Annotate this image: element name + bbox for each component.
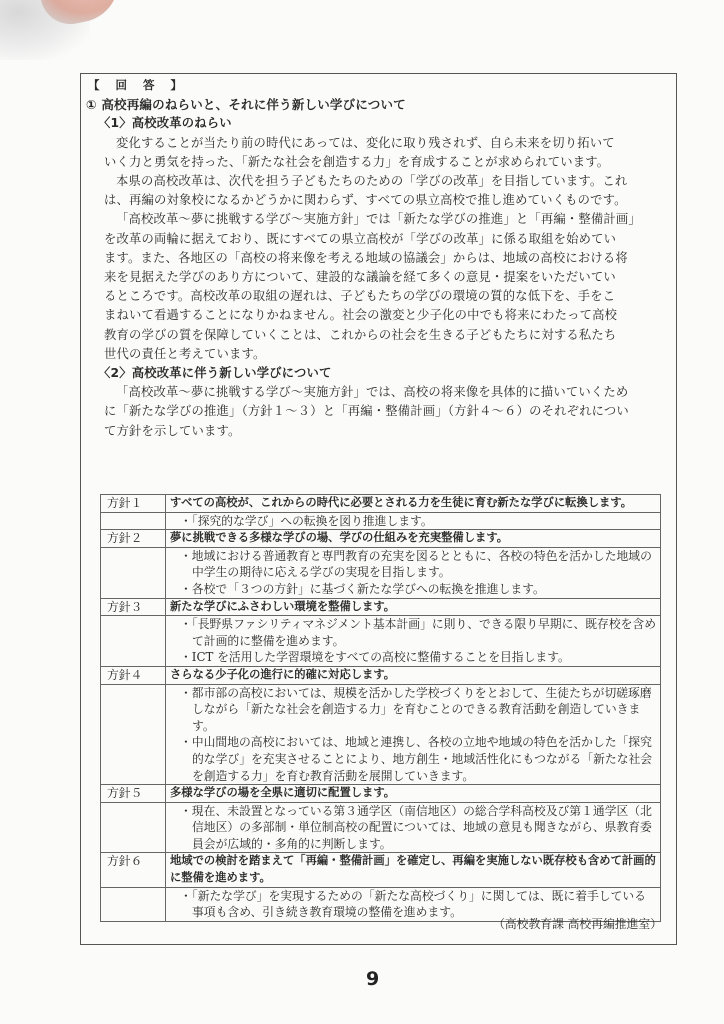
policy-row-5: 方針５ 多様な学びの場を全県に適切に配置します。 [101,785,661,803]
body-line: 変化することが当たり前の時代にあっては、変化に取り残されず、自ら未来を切り拓いて [104,134,671,153]
source-attribution: （高校教育課 高校再編推進室） [493,915,662,932]
policy-label: 方針３ [101,598,166,616]
policy-bullet: ・中山間地の高校においては、地域と連携し、各校の立地や地域の特色を活かした「探究… [170,734,656,784]
subsection-2-body: 「高校改革～夢に挑戦する学び～実施方針」では、高校の将来像を具体的に描いていくた… [86,383,671,441]
policy-row-1: 方針１ すべての高校が、これからの時代に必要とされる力を生徒に育む新たな学びに転… [101,495,661,513]
policy-table: 方針１ すべての高校が、これからの時代に必要とされる力を生徒に育む新たな学びに転… [100,494,661,922]
policy-bullet: ・「探究的な学び」への転換を図り推進します。 [170,513,656,530]
policy-row-4: 方針４ さらなる少子化の進行に的確に対応します。 [101,666,661,684]
body-line: るところです。高校改革の取組の遅れは、子どもたちの学びの環境の質的な低下を、手を… [104,287,671,306]
body-line: に「新たな学びの推進」（方針１～３）と「再編・整備計画」（方針４～６）のそれぞれ… [104,402,671,421]
body-line: 世代の責任と考えています。 [104,345,671,364]
body-line: 「高校改革～夢に挑戦する学び～実施方針」では、高校の将来像を具体的に描いていくた… [104,383,671,402]
policy-details: ・都市部の高校においては、規模を活かした学校づくりをとおして、生徒たちが切磋琢磨… [166,684,661,785]
policy-details: ・「長野県ファシリティマネジメント基本計画」に則り、できる限り早期に、既存校を含… [166,616,661,667]
policy-row-3: 方針３ 新たな学びにふさわしい環境を整備します。 [101,598,661,616]
subsection-2-title: 〈2〉高校改革に伴う新しい学びについて [86,364,671,383]
policy-title: 地域での検討を踏まえて「再編・整備計画」を確定し、再編を実施しない既存校も含めて… [166,853,661,887]
policy-bullet: ・現在、未設置となっている第３通学区（南信地区）の総合学科高校及び第１通学区（北… [170,803,656,853]
policy-title: さらなる少子化の進行に的確に対応します。 [166,666,661,684]
policy-detail-row-5: ・現在、未設置となっている第３通学区（南信地区）の総合学科高校及び第１通学区（北… [101,802,661,853]
subsection-1-title: 〈1〉高校改革のねらい [86,114,671,133]
body-line: 本県の高校改革は、次代を担う子どもたちのための「学びの改革」を目指しています。こ… [104,172,671,191]
subsection-1-body: 変化することが当たり前の時代にあっては、変化に取り残されず、自ら未来を切り拓いて… [86,134,671,364]
policy-details: ・現在、未設置となっている第３通学区（南信地区）の総合学科高校及び第１通学区（北… [166,802,661,853]
policy-label: 方針１ [101,495,166,513]
section-title: ① 高校再編のねらいと、それに伴う新しい学びについて [86,95,671,114]
policy-bullet: ・「長野県ファシリティマネジメント基本計画」に則り、できる限り早期に、既存校を含… [170,616,656,649]
policy-details: ・地域における普通教育と専門教育の充実を図るとともに、各校の特色を活かした地域の… [166,547,661,598]
body-line: いく力と勇気を持った、「新たな社会を創造する力」を育成することが求められています… [104,153,671,172]
policy-label: 方針５ [101,785,166,803]
body-line: は、再編の対象校になるかどうかに関わらず、すべての県立高校で推し進めていくもので… [104,191,671,210]
policy-title: 多様な学びの場を全県に適切に配置します。 [166,785,661,803]
policy-bullet: ・ICT を活用した学習環境をすべての高校に整備することを目指します。 [170,649,656,666]
policy-detail-row-1: ・「探究的な学び」への転換を図り推進します。 [101,512,661,530]
policy-detail-row-4: ・都市部の高校においては、規模を活かした学校づくりをとおして、生徒たちが切磋琢磨… [101,684,661,785]
answer-content: 【 回 答 】 ① 高校再編のねらいと、それに伴う新しい学びについて 〈1〉高校… [86,76,671,441]
policy-detail-row-3: ・「長野県ファシリティマネジメント基本計画」に則り、できる限り早期に、既存校を含… [101,616,661,667]
policy-bullet: ・各校で「３つの方針」に基づく新たな学びへの転換を推進します。 [170,581,656,598]
policy-label: 方針２ [101,530,166,548]
policy-details: ・「探究的な学び」への転換を図り推進します。 [166,512,661,530]
body-line: て方針を示しています。 [104,422,671,441]
body-line: まねいて看過することになりかねません。社会の激変と少子化の中でも将来にわたって高… [104,306,671,325]
body-line: を改革の両輪に据えており、既にすべての県立高校が「学びの改革」に係る取組を始めて… [104,230,671,249]
body-line: ます。また、各地区の「高校の将来像を考える地域の協議会」からは、地域の高校におけ… [104,249,671,268]
policy-bullet: ・地域における普通教育と専門教育の充実を図るとともに、各校の特色を活かした地域の… [170,548,656,581]
policy-label: 方針６ [101,853,166,887]
policy-title: 夢に挑戦できる多様な学びの場、学びの仕組みを充実整備します。 [166,530,661,548]
body-line: 教育の学びの質を保障していくことは、これからの社会を生きる子どもたちに対する私た… [104,326,671,345]
answer-label: 【 回 答 】 [86,76,671,95]
policy-detail-row-2: ・地域における普通教育と専門教育の充実を図るとともに、各校の特色を活かした地域の… [101,547,661,598]
policy-title: 新たな学びにふさわしい環境を整備します。 [166,598,661,616]
policy-row-6: 方針６ 地域での検討を踏まえて「再編・整備計画」を確定し、再編を実施しない既存校… [101,853,661,887]
body-line: 来を見据えた学びのあり方について、建設的な議論を経て多くの意見・提案をいただいて… [104,268,671,287]
policy-title: すべての高校が、これからの時代に必要とされる力を生徒に育む新たな学びに転換します… [166,495,661,513]
policy-bullet: ・都市部の高校においては、規模を活かした学校づくりをとおして、生徒たちが切磋琢磨… [170,685,656,735]
policy-row-2: 方針２ 夢に挑戦できる多様な学びの場、学びの仕組みを充実整備します。 [101,530,661,548]
policy-label: 方針４ [101,666,166,684]
page-number: 9 [366,968,379,990]
body-line: 「高校改革～夢に挑戦する学び～実施方針」では「新たな学びの推進」と「再編・整備計… [104,210,671,229]
